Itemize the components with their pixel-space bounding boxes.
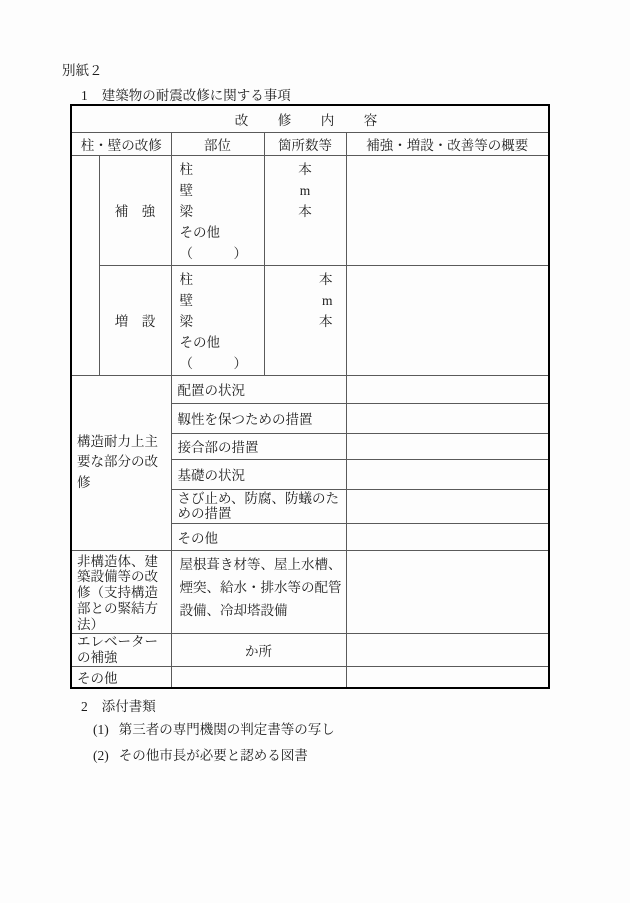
reinforce-counts-units: 本 m 本 [264,155,346,265]
extension-row: 増 設 柱 壁 梁 その他 （ ） 本 m 本 [71,265,549,375]
structural-summary-cell [346,375,549,403]
item-1-text: 第三者の専門機関の判定書等の写し [119,718,335,738]
structural-item-toughness: 靱性を保つための措置 [171,403,346,433]
reinforce-parts-list: 柱 壁 梁 その他 （ ） [171,155,264,265]
non-structural-summary-cell [346,550,549,633]
attachment-doc-item-2: (2) その他市長が必要と認める図書 [93,744,308,764]
other-summary-cell [346,666,549,688]
extension-parts-list: 柱 壁 梁 その他 （ ） [171,265,264,375]
structural-item-foundation: 基礎の状況 [171,459,346,489]
other-label: その他 [71,666,171,688]
section-1-heading: 1 建築物の耐震改修に関する事項 [81,84,291,104]
extension-counts-units: 本 m 本 [264,265,346,375]
other-row: その他 [71,666,549,688]
col-header-pillar-wall: 柱・壁の改修 [71,132,171,155]
extension-summary-cell [346,265,549,375]
reinforce-summary-cell [346,155,549,265]
extension-label: 増 設 [99,265,171,375]
pillar-wall-span-cell [71,155,99,375]
section-1-number: 1 [81,88,88,104]
col-header-summary: 補強・増設・改善等の概要 [346,132,549,155]
reinforce-label: 補 強 [99,155,171,265]
attachment-label: 別紙２ [62,62,103,80]
seismic-renovation-table: 改 修 内 容 柱・壁の改修 部位 箇所数等 補強・増設・改善等の概要 補 強 … [70,104,550,689]
elevator-row: エレベーター の補強 か所 [71,633,549,666]
structural-item-placement: 配置の状況 [171,375,346,403]
section-2-title: 添付書類 [102,695,156,715]
structural-summary-cell [346,523,549,550]
structural-item-other: その他 [171,523,346,550]
non-structural-content: 屋根葺き材等、屋上水槽、 煙突、給水・排水等の配管 設備、冷却塔設備 [171,550,346,633]
item-2-text: その他市長が必要と認める図書 [119,744,308,764]
structural-summary-cell [346,403,549,433]
section-2-heading: 2 添付書類 [81,695,156,715]
col-header-part: 部位 [171,132,264,155]
structural-summary-cell [346,433,549,459]
col-header-count: 箇所数等 [264,132,346,155]
elevator-count-cell: か所 [171,633,346,666]
structural-item-joints: 接合部の措置 [171,433,346,459]
item-1-number: (1) [93,722,109,738]
attachment-doc-item-1: (1) 第三者の専門機関の判定書等の写し [93,718,335,738]
other-content-cell [171,666,346,688]
table-title-row: 改 修 内 容 [71,105,549,132]
non-structural-row: 非構造体、建 築設備等の改 修（支持構造 部との緊結方 法） 屋根葺き材等、屋上… [71,550,549,633]
non-structural-label: 非構造体、建 築設備等の改 修（支持構造 部との緊結方 法） [71,550,171,633]
document-page: 別紙２ 1 建築物の耐震改修に関する事項 改 修 内 容 柱・壁の改修 部位 箇… [0,0,630,903]
section-2-number: 2 [81,699,88,715]
structural-item-rustproofing: さび止め、防腐、防蟻のた めの措置 [171,489,346,523]
structural-group-label: 構造耐力上主 要な部分の改 修 [71,375,171,550]
elevator-label: エレベーター の補強 [71,633,171,666]
table-title: 改 修 内 容 [71,105,549,132]
structural-summary-cell [346,459,549,489]
structural-row-placement: 構造耐力上主 要な部分の改 修 配置の状況 [71,375,549,403]
item-2-number: (2) [93,748,109,764]
reinforce-row: 補 強 柱 壁 梁 その他 （ ） 本 m 本 [71,155,549,265]
column-header-row: 柱・壁の改修 部位 箇所数等 補強・増設・改善等の概要 [71,132,549,155]
section-1-title: 建築物の耐震改修に関する事項 [102,84,291,104]
elevator-summary-cell [346,633,549,666]
structural-summary-cell [346,489,549,523]
